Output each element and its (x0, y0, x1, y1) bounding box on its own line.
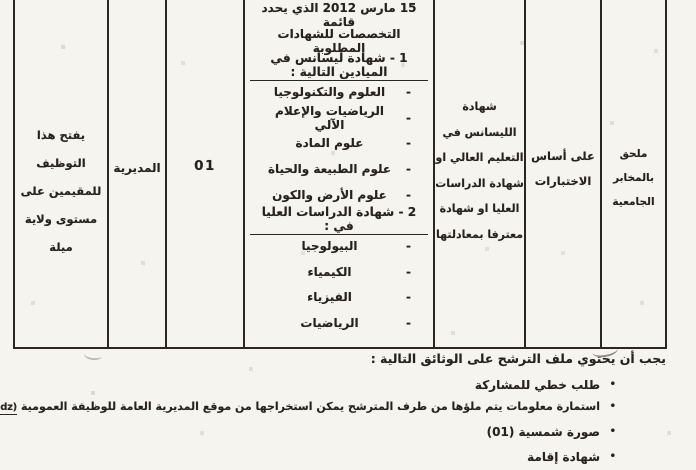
document-item-text: استمارة معلومات يتم ملؤها من طرف المترشح… (21, 400, 600, 413)
decree-intro-line: 15 مارس 2012 الذي يحدد قائمة (245, 2, 433, 28)
section2-title: 2 - شهادة الدراسات العليا في : (245, 208, 433, 234)
residence-line: يفتح هذا التوظيف (15, 121, 107, 177)
specialization-item: -الرياضيات والإعلام الآلي (245, 105, 433, 131)
recruitment-table: يفتح هذا التوظيف للمقيمين على مستوى ولاي… (13, 0, 667, 349)
specialization-item: -العلوم والتكنولوجيا (245, 79, 433, 105)
specialization-item: -علوم الأرض والكون (245, 182, 433, 208)
decree-intro-line: التخصصات للشهادات المطلوبة (245, 28, 433, 54)
positions-count-value: 01 (167, 158, 243, 174)
specialization-label: الفيزياء (259, 290, 400, 304)
dash-marker: - (400, 136, 411, 150)
dash-marker: - (400, 162, 411, 176)
dash-marker: - (400, 239, 411, 253)
specialization-label: الرياضيات (259, 316, 400, 330)
dash-marker: - (400, 85, 411, 99)
document-item: •استمارة معلومات يتم ملؤها من طرف المترش… (2, 400, 666, 413)
cell-residence-note: يفتح هذا التوظيف للمقيمين على مستوى ولاي… (13, 0, 107, 347)
scan-page: يفتح هذا التوظيف للمقيمين على مستوى ولاي… (0, 0, 696, 470)
specialization-item: -الرياضيات (245, 310, 433, 336)
specialization-label: الرياضيات والإعلام الآلي (259, 104, 400, 132)
dash-marker: - (400, 265, 411, 279)
residence-line: للمقيمين على (15, 177, 107, 205)
bullet-marker: • (610, 426, 616, 437)
specialization-label: البيولوجيا (259, 239, 400, 253)
specialization-item: -الكيمياء (245, 259, 433, 285)
section1-title-text: 1 - شهادة ليسانس في الميادين التالية : (250, 51, 428, 81)
mode-line: الاختبارات (526, 169, 600, 194)
job-title-line: الجامعية (602, 190, 665, 214)
specialization-item: -البيولوجيا (245, 233, 433, 259)
specialization-item: -علوم المادة (245, 130, 433, 156)
degree-line: التعليم العالي او (435, 145, 524, 171)
directorate-label: المديرية (109, 161, 165, 175)
bullet-marker: • (610, 379, 616, 390)
document-item: •شهادة إقامة (2, 450, 666, 464)
specialization-item: -الفيزياء (245, 285, 433, 311)
specialization-label: الكيمياء (259, 265, 400, 279)
mode-line: على أساس (526, 144, 600, 169)
degree-line: العليا او شهادة (435, 196, 524, 222)
documents-section: يجب أن يحتوي ملف الترشح على الوثائق التا… (2, 351, 666, 464)
document-item: •صورة شمسية (01) (2, 425, 666, 439)
specialization-label: علوم الطبيعة والحياة (259, 162, 400, 176)
cell-directorate: المديرية (107, 0, 165, 347)
document-item-text: شهادة إقامة (527, 450, 600, 464)
bullet-marker: • (610, 401, 616, 412)
dash-marker: - (400, 316, 411, 330)
cell-required-degree: شهادة الليسانس في التعليم العالي او شهاد… (433, 0, 524, 347)
section2-title-text: 2 - شهادة الدراسات العليا في : (250, 205, 428, 235)
document-item-text: صورة شمسية (01) (487, 425, 600, 439)
dash-marker: - (400, 290, 411, 304)
dash-marker: - (400, 111, 411, 125)
residence-line: مستوى ولاية ميلة (15, 205, 107, 261)
website-url: (www.concours-fonction-publique.gov.dz) (0, 402, 17, 415)
degree-line: شهادة الدراسات (435, 171, 524, 197)
specialization-label: علوم المادة (259, 136, 400, 150)
document-item: •طلب خطي للمشاركة (2, 378, 666, 392)
specialization-label: العلوم والتكنولوجيا (259, 85, 400, 99)
degree-line: معترفا بمعادلتها (435, 222, 524, 248)
cell-positions-count: 01 (165, 0, 243, 347)
specialization-item: -علوم الطبيعة والحياة (245, 156, 433, 182)
job-title-line: ملحق بالمخابر (602, 142, 665, 190)
section1-title: 1 - شهادة ليسانس في الميادين التالية : (245, 53, 433, 79)
bullet-marker: • (610, 451, 616, 462)
cell-job-title: ملحق بالمخابر الجامعية (600, 0, 667, 347)
cell-specializations: 15 مارس 2012 الذي يحدد قائمة التخصصات لل… (243, 0, 433, 347)
scan-noise (0, 0, 2, 2)
dash-marker: - (400, 188, 411, 202)
cell-recruitment-mode: على أساس الاختبارات (524, 0, 600, 347)
documents-list: •طلب خطي للمشاركة •استمارة معلومات يتم م… (2, 378, 666, 464)
specialization-label: علوم الأرض والكون (259, 188, 400, 202)
degree-line: شهادة الليسانس في (435, 94, 524, 145)
document-item-text: طلب خطي للمشاركة (475, 378, 600, 392)
